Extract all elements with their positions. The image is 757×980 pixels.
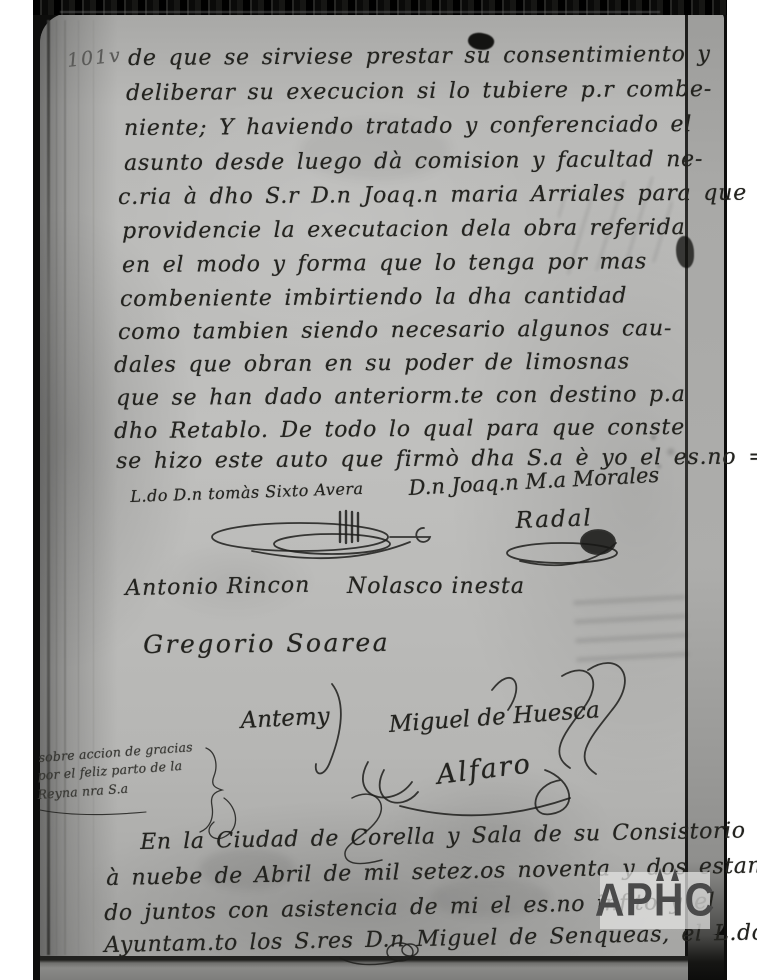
fold-ink-mark: [676, 236, 694, 268]
archive-watermark: APHC: [600, 872, 710, 929]
signature-antonio-rincon: Antonio Rincon: [125, 573, 311, 601]
binding-shadow: [40, 13, 118, 960]
watermark-label: APHC: [595, 874, 715, 927]
manuscript-line: providencie la executacion dela obra ref…: [122, 215, 686, 244]
ink-bleed-through: [573, 589, 689, 670]
manuscript-line: se hizo este auto que firmò dha S.a è yo…: [116, 444, 757, 474]
scanned-manuscript-photo: 101v de que se sirviese prestar su conse…: [0, 0, 757, 980]
manuscript-line: asunto desde luego dà comision y faculta…: [124, 147, 703, 176]
manuscript-line: niente; Y haviendo tratado y conferencia…: [124, 112, 692, 141]
manuscript-line: que se han dado anteriorm.te con destino…: [116, 382, 686, 411]
manuscript-line: en el modo y forma que lo tenga por mas: [122, 249, 647, 278]
manuscript-line: dales que obran en su poder de limosnas: [114, 349, 630, 378]
binding-streak: [56, 20, 57, 955]
signature-joaquin-morales-surname: Radal: [515, 505, 593, 534]
binding-streak: [64, 20, 66, 955]
binding-streak: [78, 20, 79, 955]
manuscript-line: combeniente imbirtiendo la dha cantidad: [120, 283, 627, 312]
manuscript-line: c.ria à dho S.r D.n Joaq.n maria Arriale…: [118, 181, 747, 210]
page-bottom-edge: [40, 956, 688, 980]
manuscript-line: deliberar su execucion si lo tubiere p.r…: [126, 77, 712, 106]
manuscript-line: dho Retablo. De todo lo qual para que co…: [114, 415, 685, 444]
binding-streak: [47, 20, 50, 955]
manuscript-line: como tambien siendo necesario algunos ca…: [118, 316, 672, 345]
signature-ante-mi: Antemy: [240, 703, 330, 734]
signature-nolasco-inesta: Nolasco inesta: [347, 574, 525, 599]
signature-gregorio-soarea: Gregorio Soarea: [143, 628, 390, 659]
manuscript-line: de que se sirviese prestar su consentimi…: [128, 42, 711, 71]
binding-streak: [93, 20, 94, 955]
top-edge-highlight: [60, 11, 660, 13]
